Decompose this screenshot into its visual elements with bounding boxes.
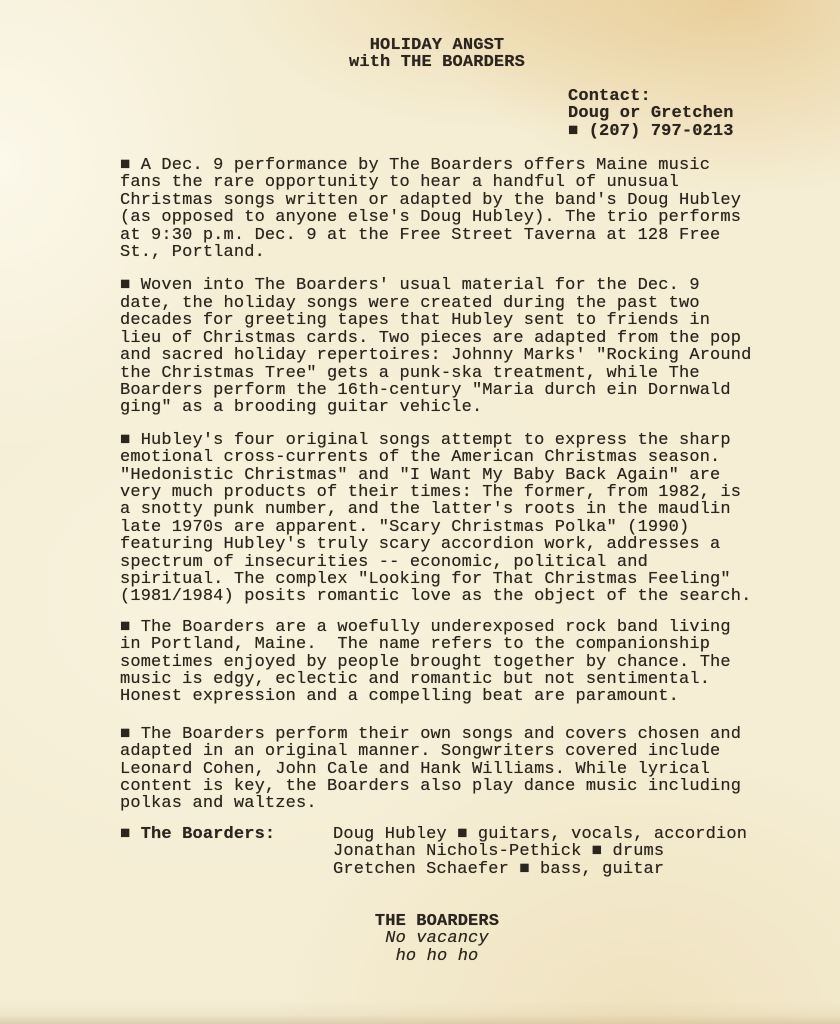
paragraph-covers: ■ The Boarders perform their own songs a…: [120, 726, 754, 813]
title-line-1: HOLIDAY ANGST: [120, 37, 754, 54]
typed-content: HOLIDAY ANGST with THE BOARDERS Contact:…: [120, 37, 754, 965]
band-roster: ■ The Boarders: Doug Hubley ■ guitars, v…: [120, 826, 754, 878]
roster-members: Doug Hubley ■ guitars, vocals, accordion…: [333, 826, 747, 878]
paragraph-band-description: ■ The Boarders are a woefully underexpos…: [120, 619, 754, 706]
document-title: HOLIDAY ANGST with THE BOARDERS: [120, 37, 754, 72]
title-line-2: with THE BOARDERS: [120, 54, 754, 71]
press-release-page: HOLIDAY ANGST with THE BOARDERS Contact:…: [0, 0, 840, 1024]
footer-tagline: No vacancy: [120, 930, 754, 947]
paragraph-holiday-songs: ■ Woven into The Boarders' usual materia…: [120, 277, 754, 416]
paragraph-performance: ■ A Dec. 9 performance by The Boarders o…: [120, 157, 754, 261]
footer-band-name: THE BOARDERS: [120, 913, 754, 930]
footer-ho-ho-ho: ho ho ho: [120, 948, 754, 965]
footer-block: THE BOARDERS No vacancy ho ho ho: [120, 913, 754, 965]
roster-label: ■ The Boarders:: [120, 826, 333, 878]
contact-block: Contact: Doug or Gretchen ■ (207) 797-02…: [568, 88, 754, 140]
paragraph-original-songs: ■ Hubley's four original songs attempt t…: [120, 432, 754, 606]
